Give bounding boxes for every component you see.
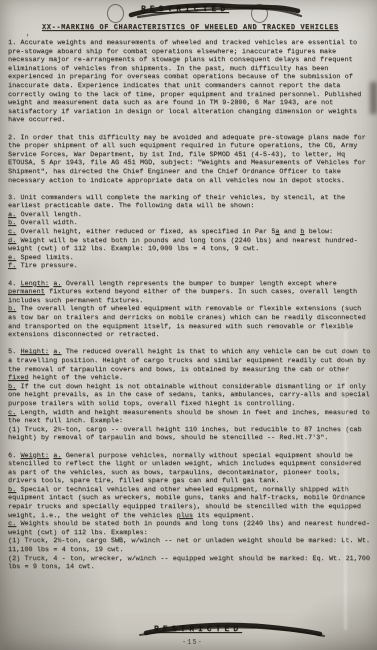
punch-hole-left-icon — [107, 4, 124, 23]
paragraph: (1) Truck, 2½-ton, cargo SWB, w/winch --… — [8, 537, 371, 554]
paragraph: b. Overall width. — [8, 219, 371, 228]
paragraph: 6. Weight: a. General purpose vehicles, … — [8, 452, 371, 486]
text-segment: Height: — [20, 348, 49, 356]
text-segment: The reduced overall height is that to wh… — [8, 348, 370, 373]
text-segment: 4. — [8, 280, 20, 288]
text-segment: height of the vehicle. — [28, 374, 123, 382]
text-segment: (1) Truck, 2½-ton, cargo -- overall heig… — [8, 426, 362, 443]
text-segment: 6. — [8, 452, 20, 460]
classification-stamp-top: RESTRICTED — [141, 5, 229, 14]
text-segment: (2) Truck, 4 - ton, wrecker, w/winch -- … — [8, 555, 370, 572]
text-segment: b. — [8, 305, 16, 313]
text-segment: Length, width and height measurements sh… — [8, 409, 370, 426]
text-segment: a. — [8, 211, 16, 219]
paragraph: c. Weights should be stated both in poun… — [8, 520, 371, 537]
paragraph: b. Special or technical vehicles and oth… — [8, 486, 371, 520]
text-segment: Overall height, either reduced or fixed,… — [16, 228, 275, 236]
paragraph: 2. In order that this difficulty may be … — [8, 134, 371, 186]
text-segment: The overall length of wheeled equipment … — [8, 305, 366, 339]
paragraph: b. If the cut down height is not obtaina… — [8, 383, 371, 409]
paragraph: (1) Truck, 2½-ton, cargo -- overall heig… — [8, 426, 371, 443]
document-title: XX--MARKING OF CHARACTERISTICS OF WHEELE… — [42, 24, 367, 32]
text-segment: 1. Accurate weights and measurements of … — [8, 39, 361, 124]
text-segment: b. — [8, 219, 16, 227]
scan-stain — [370, 82, 377, 114]
classification-stamp-bottom: RESTRICTED — [154, 625, 242, 634]
text-segment: Weights should be stated both in pounds … — [8, 520, 370, 537]
text-segment: d. — [8, 237, 16, 245]
text-segment: 2. In order that this difficulty may be … — [8, 134, 366, 185]
paragraph: 1. Accurate weights and measurements of … — [8, 39, 371, 125]
text-segment: b. — [8, 486, 16, 494]
text-segment: below: — [304, 228, 333, 236]
paragraph: c. Length, width and height measurements… — [8, 409, 371, 426]
scan-stain — [40, 250, 130, 300]
text-segment: fixed — [8, 374, 28, 382]
text-segment: b. — [8, 383, 16, 391]
document-body: 1. Accurate weights and measurements of … — [8, 39, 371, 572]
text-segment: c. — [8, 409, 16, 417]
text-segment: Overall width. — [16, 219, 78, 227]
paragraph: (2) Truck, 4 - ton, wrecker, w/winch -- … — [8, 555, 371, 572]
paragraph: 3. Unit commanders will complete the mar… — [8, 194, 371, 211]
text-segment: and — [279, 228, 300, 236]
paragraph: c. Overall height, either reduced or fix… — [8, 228, 371, 237]
scan-streak — [344, 330, 347, 630]
text-segment: 5. — [8, 348, 20, 356]
text-segment: Overall length. — [16, 211, 82, 219]
text-segment: plus — [177, 512, 193, 520]
text-segment: f. — [8, 262, 16, 270]
page-number: -15- — [182, 639, 203, 647]
text-segment: c. — [8, 228, 16, 236]
scan-artifact: , — [26, 30, 30, 38]
text-segment: e. — [8, 254, 16, 262]
paragraph: b. The overall length of wheeled equipme… — [8, 305, 371, 339]
text-segment: General purpose vehicles, normally witho… — [8, 452, 361, 486]
paragraph: 5. Height: a. The reduced overall height… — [8, 348, 371, 382]
punch-hole-right-icon — [251, 4, 268, 23]
text-segment: its equipment. — [193, 512, 255, 520]
text-segment: 3. Unit commanders will complete the mar… — [8, 194, 345, 211]
text-segment: (1) Truck, 2½-ton, cargo SWB, w/winch --… — [8, 537, 370, 554]
text-segment: c. — [8, 520, 16, 528]
text-segment: If the cut down height is not obtainable… — [8, 383, 370, 408]
document-page: RESTRICTED , XX--MARKING OF CHARACTERIST… — [0, 0, 377, 650]
text-segment: Weight: — [20, 452, 49, 460]
